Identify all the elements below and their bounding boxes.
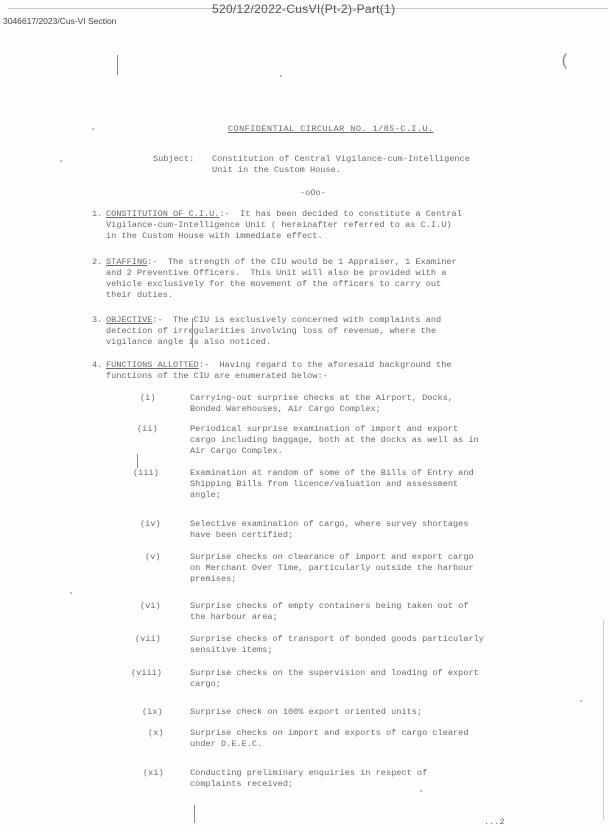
scan-mark: ( <box>560 56 570 67</box>
subject-line-2: Unit in the Custom House. <box>212 165 341 176</box>
paragraph-line: 2.STAFFING:- The strength of the CIU wou… <box>106 257 457 268</box>
subject-line-1: Constitution of Central Vigilance-cum-In… <box>212 154 470 165</box>
function-text: cargo including baggage, both at the doc… <box>190 435 479 446</box>
scan-speck <box>92 128 94 130</box>
paragraph-line: vigilance angle is also noticed. <box>106 337 271 348</box>
function-text: Carrying-out surprise checks at the Airp… <box>190 393 453 404</box>
paragraph-heading: OBJECTIVE <box>106 315 152 325</box>
function-text: cargo; <box>190 679 221 690</box>
function-text: premises; <box>190 574 236 585</box>
circular-title: CONFIDENTIAL CIRCULAR NO. 1/85-C.I.U. <box>228 124 434 135</box>
scan-speck <box>280 75 282 77</box>
function-number: (i) <box>140 393 155 404</box>
paragraph-number: 1. <box>92 209 102 220</box>
function-text: complaints received; <box>190 779 293 790</box>
paragraph-line: functions of the CIU are enumerated belo… <box>106 371 328 382</box>
paragraph-line: 1.CONSTITUTION OF C.I.U.:- It has been d… <box>106 209 462 220</box>
function-text: have been certified; <box>190 530 293 541</box>
function-number: (ix) <box>142 707 163 718</box>
paragraph-line: vehicle exclusively for the movement of … <box>106 279 441 290</box>
paragraph-line: Vigilance-cum-Intelligence Unit ( herein… <box>106 220 452 231</box>
function-text: angle; <box>190 490 221 501</box>
paragraph-line: detection of irregularities involving lo… <box>106 326 436 337</box>
scan-speck <box>60 160 62 162</box>
function-text: Selective examination of cargo, where su… <box>190 519 468 530</box>
scan-mark <box>137 454 138 468</box>
paragraph-text: :- The CIU is exclusively concerned with… <box>152 315 441 325</box>
function-text: sensitive items; <box>190 645 273 656</box>
paragraph-line: in the Custom House with immediate effec… <box>106 231 323 242</box>
paragraph-text: :- It has been decided to constitute a C… <box>219 209 461 219</box>
paragraph-heading: FUNCTIONS ALLOTTED <box>106 360 199 370</box>
function-text: on Merchant Over Time, particularly outs… <box>190 563 474 574</box>
subject-label: Subject: <box>153 154 194 165</box>
scan-mark <box>194 805 195 823</box>
function-text: under D.E.E.C. <box>190 739 262 750</box>
function-number: (iv) <box>140 519 161 530</box>
function-text: Surprise checks on clearance of import a… <box>190 552 474 563</box>
paragraph-line: and 2 Preventive Officers. This Unit wil… <box>106 268 446 279</box>
paragraph-text: :- The strength of the CIU would be 1 Ap… <box>147 257 456 267</box>
function-text: Conducting preliminary enquiries in resp… <box>190 768 427 779</box>
paragraph-line: 4.FUNCTIONS ALLOTTED:- Having regard to … <box>106 360 452 371</box>
scan-mark <box>192 318 193 348</box>
scan-mark <box>117 55 118 75</box>
function-number: (v) <box>145 552 160 563</box>
scan-speck <box>420 790 422 792</box>
function-number: (vi) <box>140 601 161 612</box>
function-number: (x) <box>148 728 163 739</box>
paragraph-number: 2. <box>92 257 102 268</box>
scan-edge <box>603 620 604 820</box>
function-text: Examination at random of some of the Bil… <box>190 468 474 479</box>
paragraph-number: 4. <box>92 360 102 371</box>
scanned-document-page: CONFIDENTIAL CIRCULAR NO. 1/85-C.I.U. Su… <box>0 0 610 832</box>
function-text: Air Cargo Complex. <box>190 446 283 457</box>
paragraph-number: 3. <box>92 315 102 326</box>
function-text: Surprise check on 100% export oriented u… <box>190 707 422 718</box>
paragraph-text: :- Having regard to the aforesaid backgr… <box>199 360 452 370</box>
function-text: Surprise checks of transport of bonded g… <box>190 634 484 645</box>
function-text: Surprise checks on the supervision and l… <box>190 668 479 679</box>
paragraph-line: 3.OBJECTIVE:- The CIU is exclusively con… <box>106 315 441 326</box>
function-text: the harbour area; <box>190 612 278 623</box>
function-number: (ii) <box>137 424 158 435</box>
function-number: (xi) <box>143 768 164 779</box>
scan-speck <box>70 592 72 594</box>
function-number: (iii) <box>133 468 159 479</box>
function-number: (vii) <box>135 634 161 645</box>
page-continuation: ...2 <box>484 817 505 828</box>
paragraph-line: their duties. <box>106 290 173 301</box>
paragraph-heading: CONSTITUTION OF C.I.U. <box>106 209 219 219</box>
function-text: Bonded Warehouses, Air Cargo Complex; <box>190 404 381 415</box>
function-text: Surprise checks of empty containers bein… <box>190 601 468 612</box>
function-text: Surprise checks on import and exports of… <box>190 728 468 739</box>
paragraph-heading: STAFFING <box>106 257 147 267</box>
function-text: Shipping Bills from licence/valuation an… <box>190 479 458 490</box>
function-text: Periodical surprise examination of impor… <box>190 424 458 435</box>
separator: -oOo- <box>300 188 326 199</box>
function-number: (viii) <box>131 668 162 679</box>
scan-speck <box>580 700 582 702</box>
